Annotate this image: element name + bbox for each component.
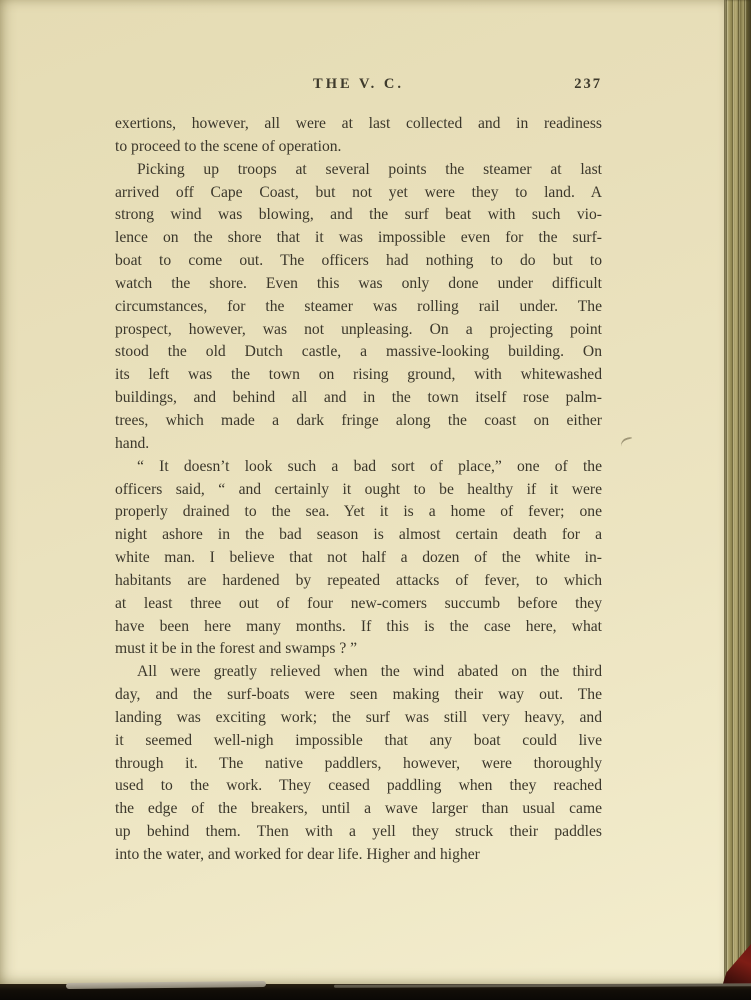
- paragraph: All were greatly relieved when the wind …: [115, 661, 602, 867]
- text-line: up behind them. Then with a yell they st…: [115, 821, 602, 844]
- text-line: landing was exciting work; the surf was …: [115, 707, 602, 730]
- paragraph: Picking up troops at several points the …: [115, 159, 602, 456]
- text-line: Picking up troops at several points the …: [115, 159, 602, 182]
- text-line: through it. The native paddlers, however…: [115, 753, 602, 776]
- text-line: to proceed to the scene of operation.: [115, 136, 602, 159]
- header-title: THE V. C.: [115, 76, 602, 93]
- text-line: day, and the surf-boats were seen making…: [115, 684, 602, 707]
- text-line: watch the shore. Even this was only done…: [115, 273, 602, 296]
- paragraph: exertions, however, all were at last col…: [115, 113, 602, 159]
- text-line: used to the work. They ceased paddling w…: [115, 775, 602, 798]
- text-line: officers said, “ and certainly it ought …: [115, 479, 602, 502]
- text-line: buildings, and behind all and in the tow…: [115, 387, 602, 410]
- text-line: “ It doesn’t look such a bad sort of pla…: [115, 456, 602, 479]
- text-line: lence on the shore that it was impossibl…: [115, 227, 602, 250]
- text-line: circumstances, for the steamer was rolli…: [115, 296, 602, 319]
- page-text: exertions, however, all were at last col…: [115, 113, 602, 867]
- text-line: stood the old Dutch castle, a massive-lo…: [115, 341, 602, 364]
- text-line: at least three out of four new-comers su…: [115, 593, 602, 616]
- text-line: All were greatly relieved when the wind …: [115, 661, 602, 684]
- text-line: properly drained to the sea. Yet it is a…: [115, 501, 602, 524]
- text-line: hand.: [115, 433, 602, 456]
- text-line: arrived off Cape Coast, but not yet were…: [115, 182, 602, 205]
- paragraph: “ It doesn’t look such a bad sort of pla…: [115, 456, 602, 662]
- text-line: trees, which made a dark fringe along th…: [115, 410, 602, 433]
- text-line: strong wind was blowing, and the surf be…: [115, 204, 602, 227]
- text-line: the edge of the breakers, until a wave l…: [115, 798, 602, 821]
- text-line: exertions, however, all were at last col…: [115, 113, 602, 136]
- text-line: have been here many months. If this is t…: [115, 616, 602, 639]
- text-line: into the water, and worked for dear life…: [115, 844, 602, 867]
- text-line: white man. I believe that not half a doz…: [115, 547, 602, 570]
- pen-mark: [619, 436, 634, 447]
- text-line: night ashore in the bad season is almost…: [115, 524, 602, 547]
- running-header: THE V. C. 237: [115, 76, 602, 95]
- text-line: it seemed well-nigh impossible that any …: [115, 730, 602, 753]
- book-scan: THE V. C. 237 exertions, however, all we…: [0, 0, 751, 1000]
- book-page: THE V. C. 237 exertions, however, all we…: [0, 0, 724, 984]
- text-line: habitants are hardened by repeated attac…: [115, 570, 602, 593]
- text-line: must it be in the forest and swamps ? ”: [115, 638, 602, 661]
- page-number: 237: [574, 76, 602, 93]
- text-line: boat to come out. The officers had nothi…: [115, 250, 602, 273]
- text-line: its left was the town on rising ground, …: [115, 364, 602, 387]
- page-fore-edge: [724, 0, 751, 986]
- text-line: prospect, however, was not unpleasing. O…: [115, 319, 602, 342]
- page-content: THE V. C. 237 exertions, however, all we…: [115, 0, 602, 867]
